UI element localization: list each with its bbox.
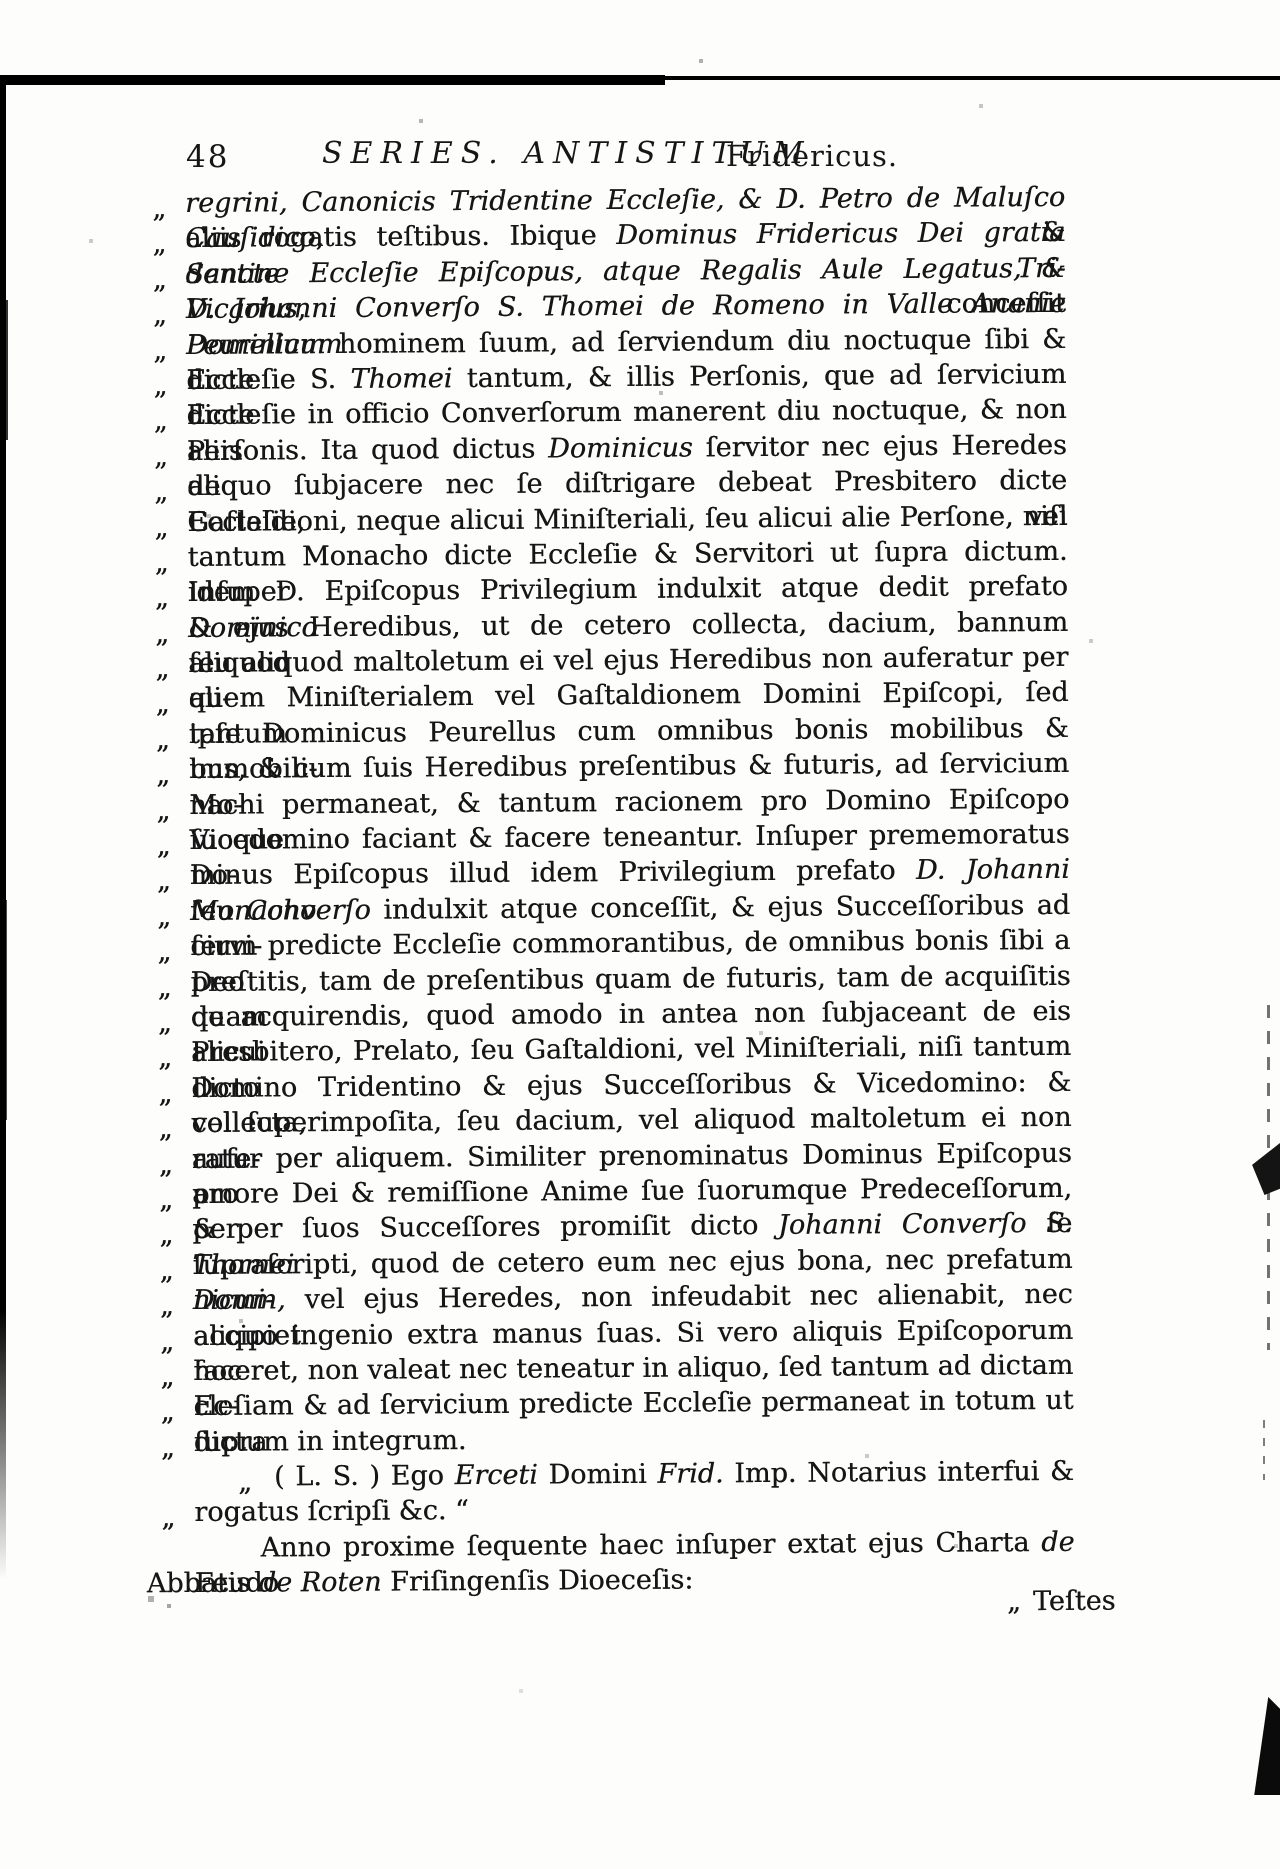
text-line: „ſeu aliquod maltoletum ei vel ejus Here… (188, 640, 1068, 682)
text-line: „rogatus ſcripſi &c. “ (194, 1489, 1074, 1531)
scan-left-edge-mark (5, 300, 8, 440)
text-segment: minus Epiſcopus illud idem Privilegium p… (190, 855, 916, 891)
text-line: „aliis rogatis teſtibus. Ibique Dominus … (185, 215, 1065, 257)
text-segment: Converſo (246, 895, 371, 927)
scan-left-edge-mark (5, 900, 7, 1120)
catchword-line: „Teſtes (1007, 1584, 1116, 1620)
text-segment: Imp. Notarius interfui & (723, 1456, 1074, 1489)
text-line: „amore Dei & remiſſione Anime ſue ſuorum… (192, 1171, 1072, 1213)
text-line: „idem D. Epiſcopus Privilegium indulxit … (188, 569, 1068, 611)
text-line: „ipſe Dominicus Peurellus cum omnibus bo… (189, 711, 1069, 753)
text-line: „Peurellum hominem ſuum, ad ſerviendum d… (186, 321, 1066, 363)
text-line: „( L. S. ) Ego Erceti Domini Frid. Imp. … (194, 1454, 1074, 1496)
text-segment: Thomei (350, 363, 452, 395)
text-segment: aliis rogatis teſtibus. Ibique (185, 220, 616, 254)
quote-mark: „ (159, 1147, 173, 1183)
quote-mark: „ (158, 1005, 172, 1041)
quote-mark: „ (159, 1217, 173, 1253)
text-line: „faceret, non valeat nec teneatur in ali… (193, 1348, 1073, 1390)
text-segment: Eccleſie S. (186, 364, 350, 396)
quote-mark: „ (161, 1430, 175, 1466)
text-line: „cium predicte Eccleſie commorantibus, d… (190, 923, 1070, 965)
text-line: „regrini, Canonicis Tridentine Eccleſie,… (185, 180, 1065, 222)
quote-mark: „ (156, 793, 170, 829)
text-segment: idem D. Epiſcopus Privilegium indulxit a… (188, 571, 1068, 608)
quote-mark: „ (158, 1040, 172, 1076)
text-segment: de (1041, 1527, 1074, 1558)
page-number: 48 (186, 139, 229, 175)
text-segment: Dominicus (548, 432, 693, 464)
text-line: Abbatis de Roten Friſingenſis Dioeceſis: (147, 1560, 1075, 1602)
scan-speckles (0, 0, 2, 2)
text-segment: & per ſuos Succeſſores promiſit dicto (192, 1210, 778, 1245)
quote-mark: „ (154, 474, 168, 510)
text-line: „cleſiam & ad ſervicium predicte Eccleſi… (193, 1383, 1073, 1425)
text-segment: Gaſtaldioni, neque alicui Miniſteriali, … (187, 500, 1067, 537)
quote-mark: „ (155, 616, 169, 652)
text-line: „de acquirendis, quod amodo in antea non… (191, 994, 1071, 1036)
text-segment: Friſingenſis Dioeceſis: (381, 1565, 693, 1598)
scan-top-border (0, 75, 665, 85)
text-segment: de Roten (259, 1567, 382, 1599)
line-text: Abbatis de Roten Friſingenſis Dioeceſis: (147, 1560, 1075, 1602)
quote-mark: „ (155, 580, 169, 616)
scan-right-blot (1252, 1697, 1280, 1795)
quote-mark: „ (153, 333, 167, 369)
text-block: „regrini, Canonicis Tridentine Eccleſie,… (185, 180, 1075, 1602)
text-line: „dictum in integrum. (194, 1418, 1074, 1460)
quote-mark: „ (157, 899, 171, 935)
text-segment: Abbatis (147, 1568, 259, 1600)
text-line: „Presbitero, Prelato, ſeu Gaſtaldioni, v… (191, 1029, 1071, 1071)
quote-mark: „ (154, 439, 168, 475)
text-line: „Domino Tridentino & ejus Succeſſoribus … (191, 1065, 1071, 1107)
text-line: „Eccleſie S. Thomei tantum, & illis Perſ… (186, 357, 1066, 399)
quote-mark: „ (160, 1324, 174, 1360)
text-line: „Perſonis. Ita quod dictus Dominicus ſer… (187, 428, 1067, 470)
scan-top-border-thin (655, 76, 1280, 80)
quote-mark: „ (158, 1076, 172, 1112)
text-segment: Peurellum (186, 329, 326, 361)
quote-mark: „ (152, 191, 166, 227)
text-segment: Domini (538, 1459, 658, 1491)
text-line: „dentine Eccleſie Epiſcopus, atque Regal… (185, 251, 1065, 293)
text-line: „nicum, vel ejus Heredes, non infeudabit… (193, 1277, 1073, 1319)
text-segment: ſupraſcripti, quod de cetero eum nec eju… (192, 1244, 1072, 1281)
text-line: „minus Epiſcopus illud idem Privilegium … (190, 852, 1070, 894)
text-line: Anno proxime ſequente haec inſuper extat… (194, 1525, 1074, 1567)
quote-mark: „ (160, 1288, 174, 1324)
text-line: „aliquo ſubjacere nec ſe diſtrigare debe… (187, 463, 1067, 505)
text-line: „Vicedomino faciant & facere teneantur. … (189, 817, 1069, 859)
text-segment: Frid. (657, 1458, 723, 1489)
text-segment: dictum in integrum. (194, 1425, 467, 1458)
text-line: „D. Johanni Converſo S. Thomei de Romeno… (186, 286, 1066, 328)
quote-mark: „ (153, 297, 167, 333)
quote-mark: „ (157, 970, 171, 1006)
text-line: „Eccleſie in officio Converſorum maneren… (186, 392, 1066, 434)
line-text: Teſtes (1033, 1586, 1116, 1618)
quote-mark: „ (159, 1253, 173, 1289)
quote-mark: „ (155, 651, 169, 687)
text-segment: rogatus ſcripſi &c. “ (194, 1496, 469, 1529)
text-line: „preſtitis, tam de preſentibus quam de f… (190, 958, 1070, 1000)
quote-mark: „ (157, 934, 171, 970)
scanned-book-page: { "page": { "number": "48", "header_titl… (0, 0, 1280, 1869)
text-segment: Teſtes (1033, 1586, 1116, 1618)
text-line: „Gaſtaldioni, neque alicui Miniſteriali,… (187, 498, 1067, 540)
quote-mark: „ (155, 687, 169, 723)
quote-mark: „ (152, 227, 166, 263)
text-segment: nicum, (193, 1284, 286, 1316)
text-segment: Anno proxime ſequente haec inſuper extat… (260, 1527, 1041, 1563)
text-segment: Erceti (454, 1460, 537, 1492)
quote-mark: „ (154, 510, 168, 546)
quote-mark: „ (156, 722, 170, 758)
scan-right-blot (1249, 1143, 1280, 1195)
text-line: „& per ſuos Succeſſores promiſit dicto J… (192, 1206, 1072, 1248)
text-line: „ſeu Converſo indulxit atque conceſſit, … (190, 888, 1070, 930)
quote-mark: „ (154, 403, 168, 439)
quote-mark: „ (160, 1394, 174, 1430)
text-line: „ratur per aliquem. Similiter prenominat… (192, 1135, 1072, 1177)
quote-mark: „ (160, 1359, 174, 1395)
quote-mark: „ (153, 262, 167, 298)
text-line: „aliquo ingenio extra manus ſuas. Si ver… (193, 1312, 1073, 1354)
quote-mark: „ (155, 545, 169, 581)
text-segment: Perſonis. Ita quod dictus (187, 433, 548, 467)
quote-mark: „ (158, 1111, 172, 1147)
text-line: „& ejus Heredibus, ut de cetero collecta… (188, 605, 1068, 647)
quote-mark: „ (156, 757, 170, 793)
text-line: „nachi permaneat, & tantum racionem pro … (189, 781, 1069, 823)
quote-mark: „ (159, 1182, 173, 1218)
text-segment: ſeu (190, 895, 246, 926)
scan-right-streak (1263, 1420, 1265, 1480)
text-line: „ſupraſcripti, quod de cetero eum nec ej… (192, 1242, 1072, 1284)
text-line: „tantum Monacho dicte Eccleſie & Servito… (187, 534, 1067, 576)
running-head-name: Fridericus. (726, 139, 898, 173)
text-segment: ( L. S. ) Ego (274, 1460, 455, 1492)
text-line: „bus, & cum ſuis Heredibus preſentibus &… (189, 746, 1069, 788)
quote-mark: „ (153, 368, 167, 404)
text-line: „vel ſuperimpoſita, ſeu dacium, vel aliq… (191, 1100, 1071, 1142)
quote-mark: „ (157, 864, 171, 900)
text-line: „quem Miniſterialem vel Gaſtaldionem Dom… (188, 675, 1068, 717)
quote-mark: „ (1007, 1586, 1021, 1617)
quote-mark: „ (161, 1501, 175, 1537)
quote-mark: „ (156, 828, 170, 864)
